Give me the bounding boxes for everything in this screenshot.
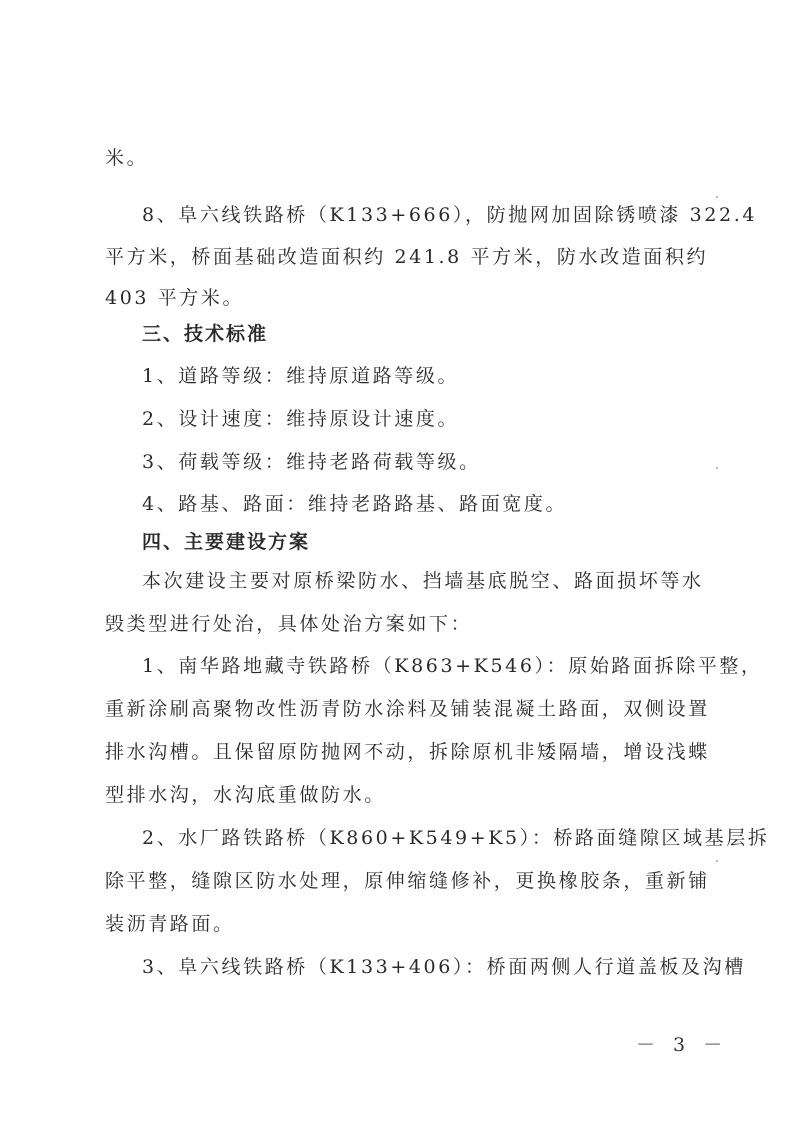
text-line: 403 平方米。 <box>105 286 715 310</box>
text-line: 3、阜六线铁路桥（K133+406）：桥面两侧人行道盖板及沟槽 <box>142 955 752 979</box>
section-heading: 三、技术标准 <box>142 322 752 346</box>
text-line: 1、道路等级：维持原道路等级。 <box>142 364 752 388</box>
section-heading: 四、主要建设方案 <box>142 530 752 554</box>
text-line: 4、路基、路面：维持老路路基、路面宽度。 <box>142 492 752 516</box>
scan-speck <box>716 467 718 469</box>
text-line: 2、水厂路铁路桥（K860+K549+K5）：桥路面缝隙区域基层拆 <box>142 826 752 850</box>
text-line: 排水沟槽。且保留原防抛网不动，拆除原机非矮隔墙，增设浅蝶 <box>105 740 715 764</box>
text-line: 1、南华路地藏寺铁路桥（K863+K546）：原始路面拆除平整， <box>142 654 752 678</box>
text-line: 8、阜六线铁路桥（K133+666），防抛网加固除锈喷漆 322.4 <box>142 203 752 227</box>
text-line: 除平整，缝隙区防水处理，原伸缩缝修补，更换橡胶条，重新铺 <box>105 869 715 893</box>
text-line: 毁类型进行处治，具体处治方案如下： <box>105 612 715 636</box>
text-line: 3、荷载等级：维持老路荷载等级。 <box>142 450 752 474</box>
scan-speck <box>716 196 718 198</box>
text-line: 平方米，桥面基础改造面积约 241.8 平方米，防水改造面积约 <box>105 245 715 269</box>
text-line: 2、设计速度：维持原设计速度。 <box>142 407 752 431</box>
text-line: 本次建设主要对原桥梁防水、挡墙基底脱空、路面损坏等水 <box>142 569 752 593</box>
text-line: 米。 <box>105 146 715 170</box>
text-line: 型排水沟，水沟底重做防水。 <box>105 783 715 807</box>
text-line: 装沥青路面。 <box>105 912 715 936</box>
document-page: 米。 8、阜六线铁路桥（K133+666），防抛网加固除锈喷漆 322.4 平方… <box>0 0 793 1121</box>
text-line: 重新涂刷高聚物改性沥青防水涂料及铺装混凝土路面，双侧设置 <box>105 697 715 721</box>
scan-speck <box>716 860 718 862</box>
page-number: － 3 － <box>636 1030 728 1057</box>
